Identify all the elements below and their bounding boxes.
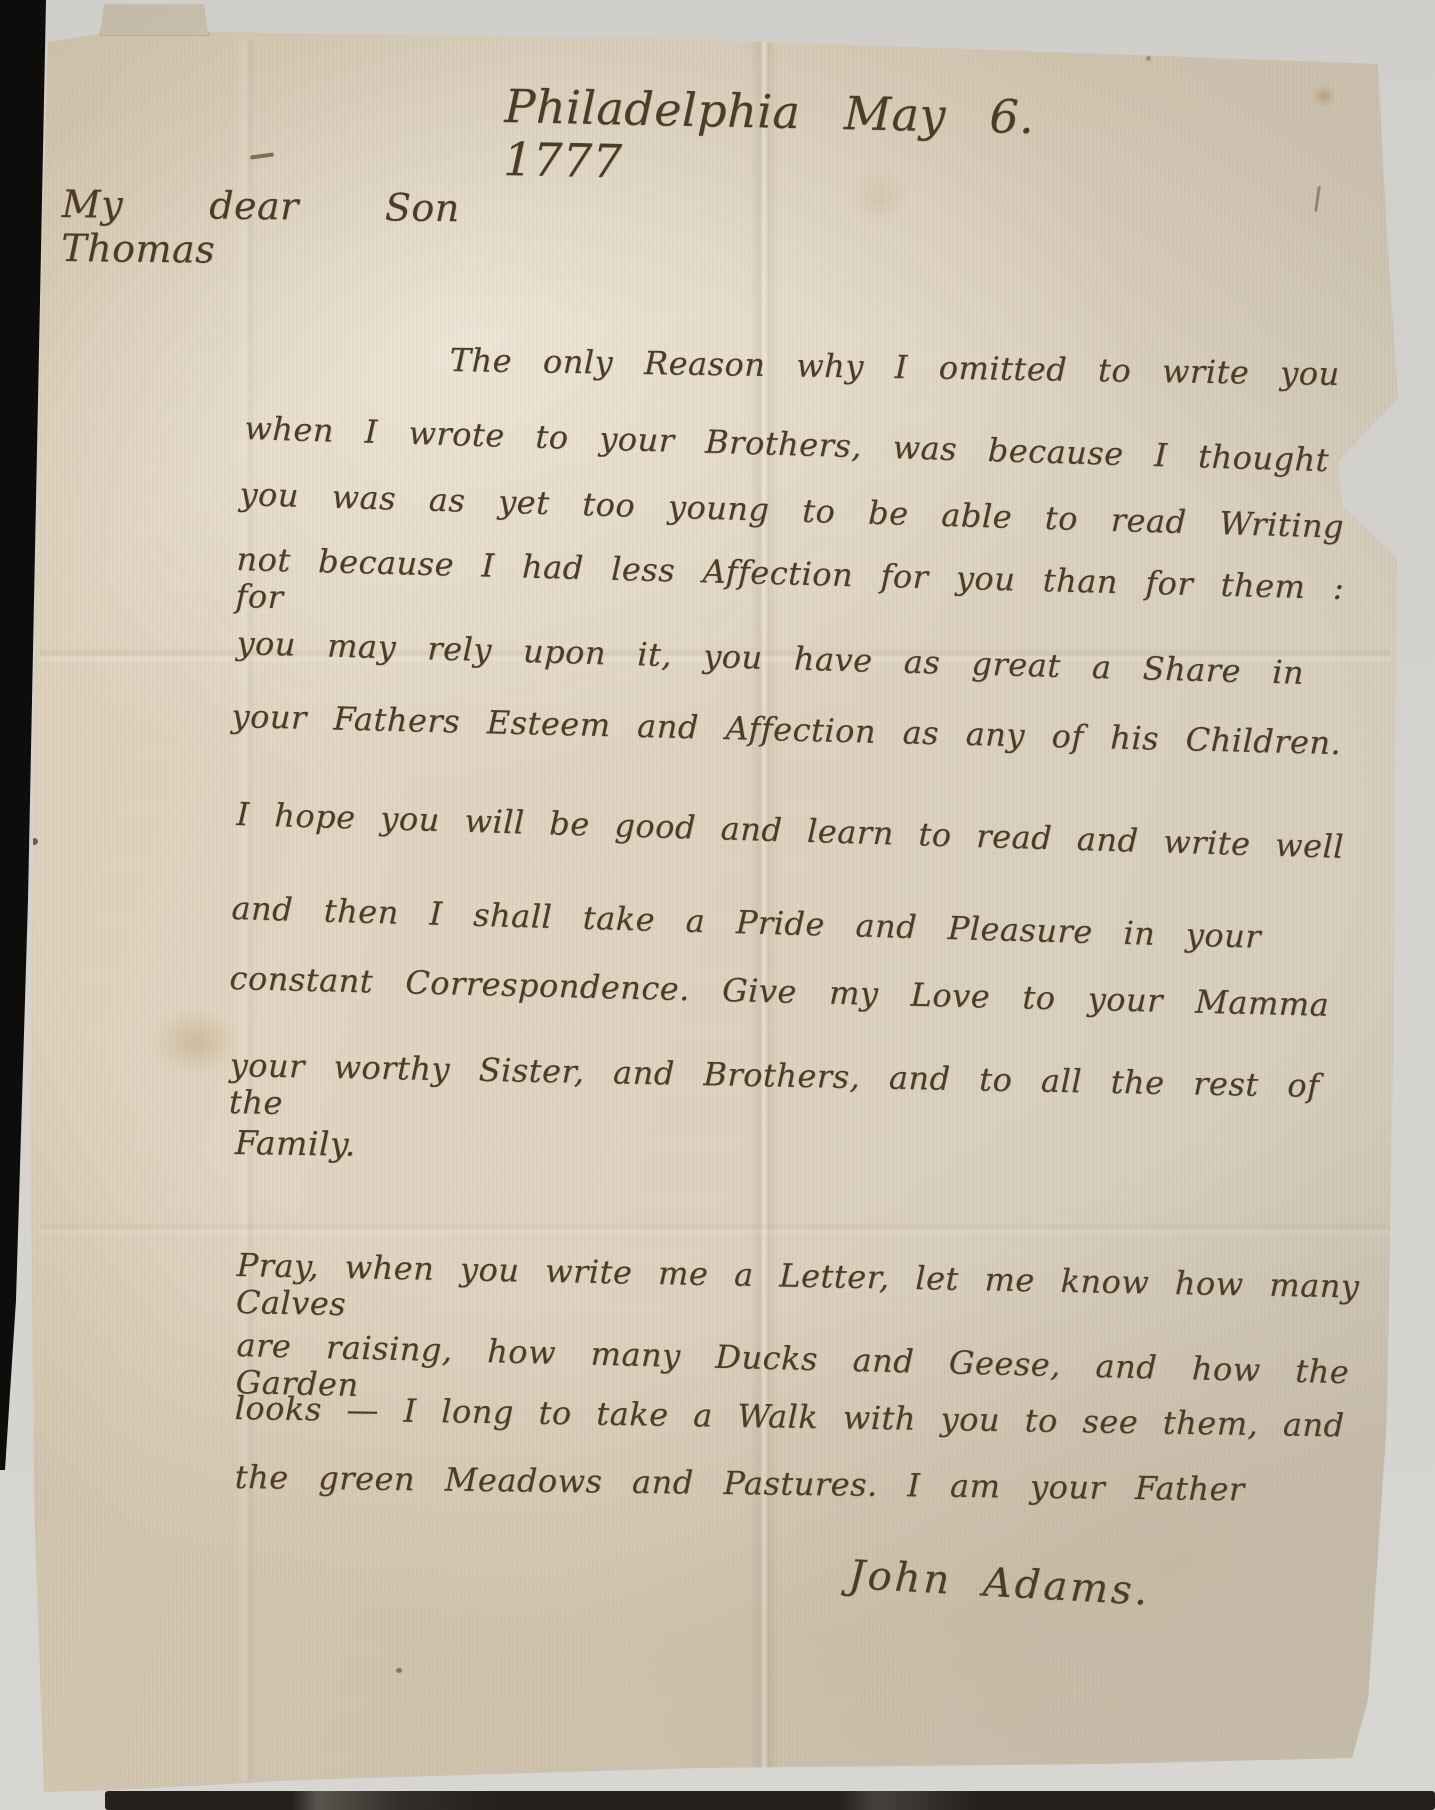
letter-line: your Fathers Esteem and Affection as any… [231,698,1342,762]
scan-edge-bottom [105,1791,1435,1810]
letter-line: The only Reason why I omitted to write y… [449,342,1339,393]
letter-paper: Philadelphia May 6. 1777 My dear Son Tho… [0,0,1435,1810]
signature: John Adams. [847,1552,1151,1615]
salutation: My dear Son Thomas [61,183,460,275]
letter-scan: Philadelphia May 6. 1777 My dear Son Tho… [0,0,1435,1810]
letter-line: I hope you will be good and learn to rea… [236,796,1345,866]
letter-line: Pray, when you write me a Letter, let me… [236,1247,1360,1342]
dateline: Philadelphia May 6. 1777 [503,80,1035,197]
letter-line: and then I shall take a Pride and Pleasu… [231,890,1262,956]
letter-line: your worthy Sister, and Brothers, and to… [229,1047,1320,1142]
letter-line: Family. [234,1124,356,1164]
letter-line: when I wrote to your Brothers, was becau… [244,410,1330,479]
letter-line: the green Meadows and Pastures. I am you… [235,1459,1245,1508]
letter-text: Philadelphia May 6. 1777 My dear Son Tho… [0,0,1435,1810]
letter-line: constant Correspondence. Give my Love to… [229,960,1330,1024]
letter-line: you was as yet too young to be able to r… [239,476,1345,546]
